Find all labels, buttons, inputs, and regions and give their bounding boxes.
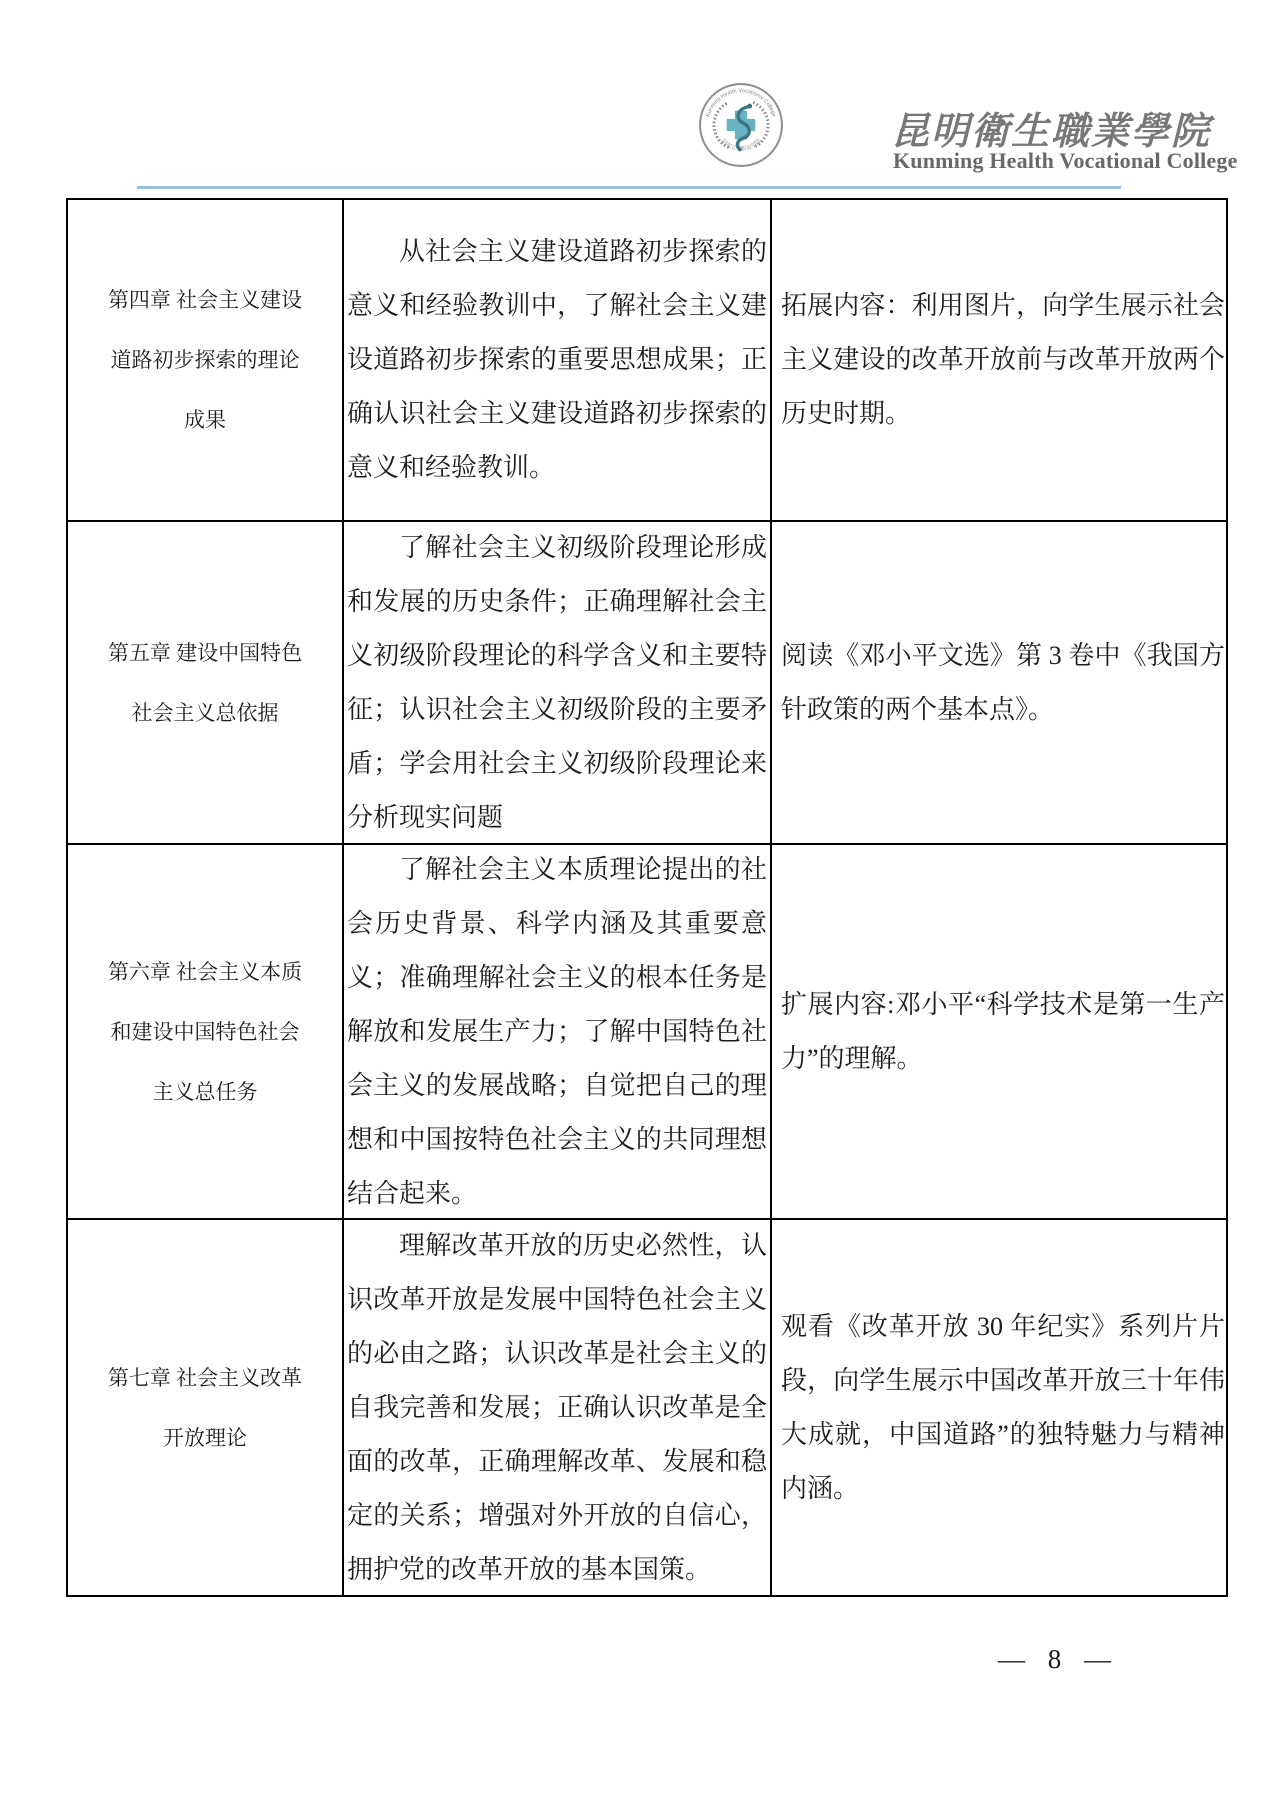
chapter-activity: 观看《改革开放 30 年纪实》系列片片段，向学生展示中国改革开放三十年伟大成就，… [781, 1300, 1225, 1516]
seal-snake-head [747, 104, 752, 109]
college-seal-svg: Kunming Health Vocational College 昆明卫生职业… [698, 82, 784, 168]
page-number: — 8 — [998, 1644, 1112, 1675]
chapter-activity: 拓展内容：利用图片，向学生展示社会主义建设的改革开放前与改革开放两个历史时期。 [781, 279, 1225, 441]
header-divider-line [137, 186, 1121, 189]
table-cell-objective-4: 从社会主义建设道路初步探索的意义和经验教训中，了解社会主义建设道路初步探索的重要… [344, 200, 772, 522]
table-cell-chapter-6: 第六章 社会主义本质和建设中国特色社会主义总任务 [68, 845, 344, 1220]
course-chapter-table: 第四章 社会主义建设道路初步探索的理论成果 从社会主义建设道路初步探索的意义和经… [66, 198, 1228, 1597]
seal-medical-cross-icon [727, 111, 756, 140]
chapter-title: 第六章 社会主义本质和建设中国特色社会主义总任务 [101, 942, 309, 1122]
chapter-title: 第四章 社会主义建设道路初步探索的理论成果 [101, 270, 309, 450]
college-name-calligraphy: 昆明衛生職業學院 [891, 100, 1251, 155]
table-cell-objective-5: 了解社会主义初级阶段理论形成和发展的历史条件；正确理解社会主义初级阶段理论的科学… [344, 522, 772, 845]
table-cell-activity-4: 拓展内容：利用图片，向学生展示社会主义建设的改革开放前与改革开放两个历史时期。 [772, 200, 1226, 522]
table-cell-chapter-5: 第五章 建设中国特色社会主义总依据 [68, 522, 344, 845]
chapter-objective: 了解社会主义初级阶段理论形成和发展的历史条件；正确理解社会主义初级阶段理论的科学… [347, 522, 767, 845]
chapter-objective: 了解社会主义本质理论提出的社会历史背景、科学内涵及其重要意义；准确理解社会主义的… [347, 845, 767, 1220]
chapter-objective: 理解改革开放的历史必然性，认识改革开放是发展中国特色社会主义的必由之路；认识改革… [347, 1220, 767, 1595]
table-cell-objective-7: 理解改革开放的历史必然性，认识改革开放是发展中国特色社会主义的必由之路；认识改革… [344, 1220, 772, 1595]
seal-laurel-right [753, 102, 768, 147]
chapter-activity: 扩展内容:邓小平“科学技术是第一生产力”的理解。 [781, 978, 1225, 1086]
chapter-activity: 阅读《邓小平文选》第 3 卷中《我国方针政策的两个基本点》。 [781, 629, 1225, 737]
table-cell-activity-6: 扩展内容:邓小平“科学技术是第一生产力”的理解。 [772, 845, 1226, 1220]
college-name-english: Kunming Health Vocational College [893, 148, 1238, 174]
chapter-title: 第五章 建设中国特色社会主义总依据 [101, 623, 309, 743]
chapter-title: 第七章 社会主义改革开放理论 [101, 1348, 309, 1468]
table-cell-chapter-4: 第四章 社会主义建设道路初步探索的理论成果 [68, 200, 344, 522]
table-cell-activity-5: 阅读《邓小平文选》第 3 卷中《我国方针政策的两个基本点》。 [772, 522, 1226, 845]
college-seal-icon: Kunming Health Vocational College 昆明卫生职业… [698, 82, 784, 168]
table-cell-chapter-7: 第七章 社会主义改革开放理论 [68, 1220, 344, 1595]
table-cell-activity-7: 观看《改革开放 30 年纪实》系列片片段，向学生展示中国改革开放三十年伟大成就，… [772, 1220, 1226, 1595]
chapter-objective: 从社会主义建设道路初步探索的意义和经验教训中，了解社会主义建设道路初步探索的重要… [347, 225, 767, 495]
table-cell-objective-6: 了解社会主义本质理论提出的社会历史背景、科学内涵及其重要意义；准确理解社会主义的… [344, 845, 772, 1220]
